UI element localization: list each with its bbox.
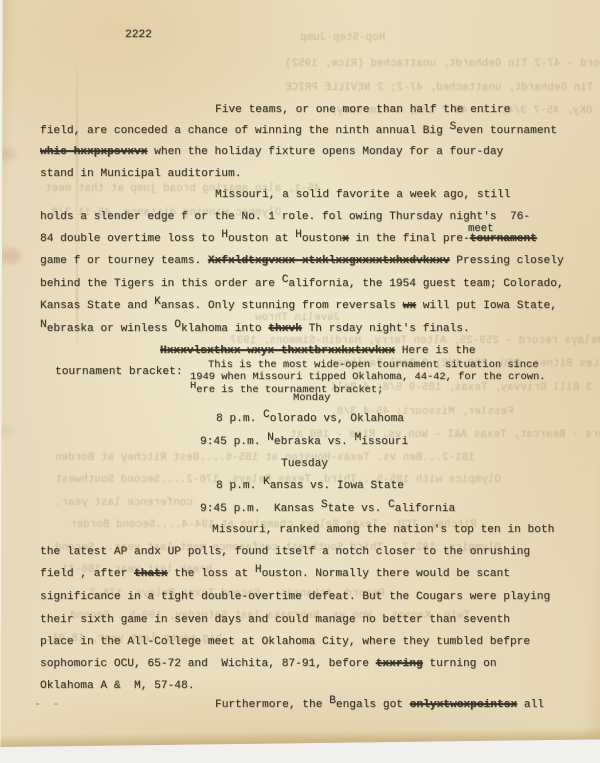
- schedule-game: 8 p.m. Kansas vs. Iowa State: [216, 479, 404, 493]
- inserted-line: 1949 when Missouri tipped Oklahoma, 44-4…: [190, 370, 545, 384]
- schedule-game: 9:45 p.m. Kansas State vs. California: [200, 502, 455, 516]
- page-number: 2222: [125, 28, 152, 42]
- typed-line: whic hxxpxpsvxvx when the holiday fixtur…: [40, 145, 503, 159]
- typed-line: sophomoric OCU, 65-72 and Wichita, 87-91…: [40, 657, 497, 671]
- typed-line: their sixth game in seven days and could…: [40, 613, 510, 627]
- typed-line: Missouri, ranked among the nation's top …: [212, 523, 554, 537]
- typed-line: Five teams, or one more than half the en…: [215, 103, 510, 117]
- schedule-day: Monday: [293, 391, 330, 405]
- typed-line: field , after thatx the loss at Houston.…: [40, 567, 510, 581]
- typed-line: field, are conceded a chance of winning …: [40, 124, 557, 138]
- bleed-through-line: 1952 summary - 1 Tin Gebhardt, unattache…: [285, 82, 600, 95]
- typed-line: Missouri, a solid favorite a week ago, s…: [215, 188, 510, 202]
- typed-line: the latest AP andx UP polls, found itsel…: [40, 545, 530, 559]
- schedule-game: 8 p.m. Colorado vs, Oklahoma: [216, 412, 404, 426]
- typed-line: place in the All-College meet at Oklahom…: [40, 635, 530, 649]
- paper-smudge: [0, 425, 14, 435]
- paper-smudge: [0, 248, 22, 264]
- typewritten-page: Hop-Step-JumpKansas Relays record - 47-2…: [0, 0, 600, 763]
- bleed-through-line: conference last year.: [55, 497, 193, 510]
- typed-line: holds a slender edge f or the No. 1 role…: [40, 210, 530, 224]
- pencil-mark: - -: [34, 697, 62, 711]
- typed-line: Oklahoma A & M, 57-48.: [40, 679, 194, 693]
- typed-line: behind the Tigers in this order are Cali…: [40, 277, 564, 291]
- bleed-through-line: Kansas Relays record - 47-2 Tin Gebhardt…: [285, 58, 600, 71]
- bleed-through-line: Hop-Step-Jump: [300, 32, 385, 45]
- typed-line: 84 double overtime loss to Houston at Ho…: [40, 232, 537, 246]
- schedule-day: Tuesday: [281, 457, 328, 471]
- schedule-game: 9:45 p.m. Nebraska vs. Missouri: [200, 435, 408, 449]
- paper-smudge: [0, 148, 16, 160]
- typed-line: Hxxxvlsxthxx wxyx thxxtbrxxkxtxvkxx Here…: [160, 344, 476, 358]
- margin-note: tournament bracket:: [55, 365, 183, 379]
- typed-line: Furthermore, the Bengals got onlyxtwoxpo…: [215, 698, 544, 712]
- paper-bottom-edge: [0, 727, 600, 748]
- typed-line: game f or tourney teams. Xxfxldtxgvxxx x…: [40, 254, 564, 268]
- typed-line: stand in Municipal auditorium.: [40, 167, 241, 181]
- typed-line: Kansas State and Kansas. Only stunning f…: [40, 299, 557, 313]
- inserted-line: Here is the tournament bracket;: [190, 383, 383, 397]
- bleed-through-line: 181-2...Ben vs. Texas-Houston at 185-6..…: [55, 452, 475, 465]
- typed-line: Nebraska or winless Oklahoma into thxvk …: [40, 322, 470, 336]
- photo-background: Hop-Step-JumpKansas Relays record - 47-2…: [0, 0, 600, 763]
- typed-line: significance in a tight double-overtime …: [40, 590, 550, 604]
